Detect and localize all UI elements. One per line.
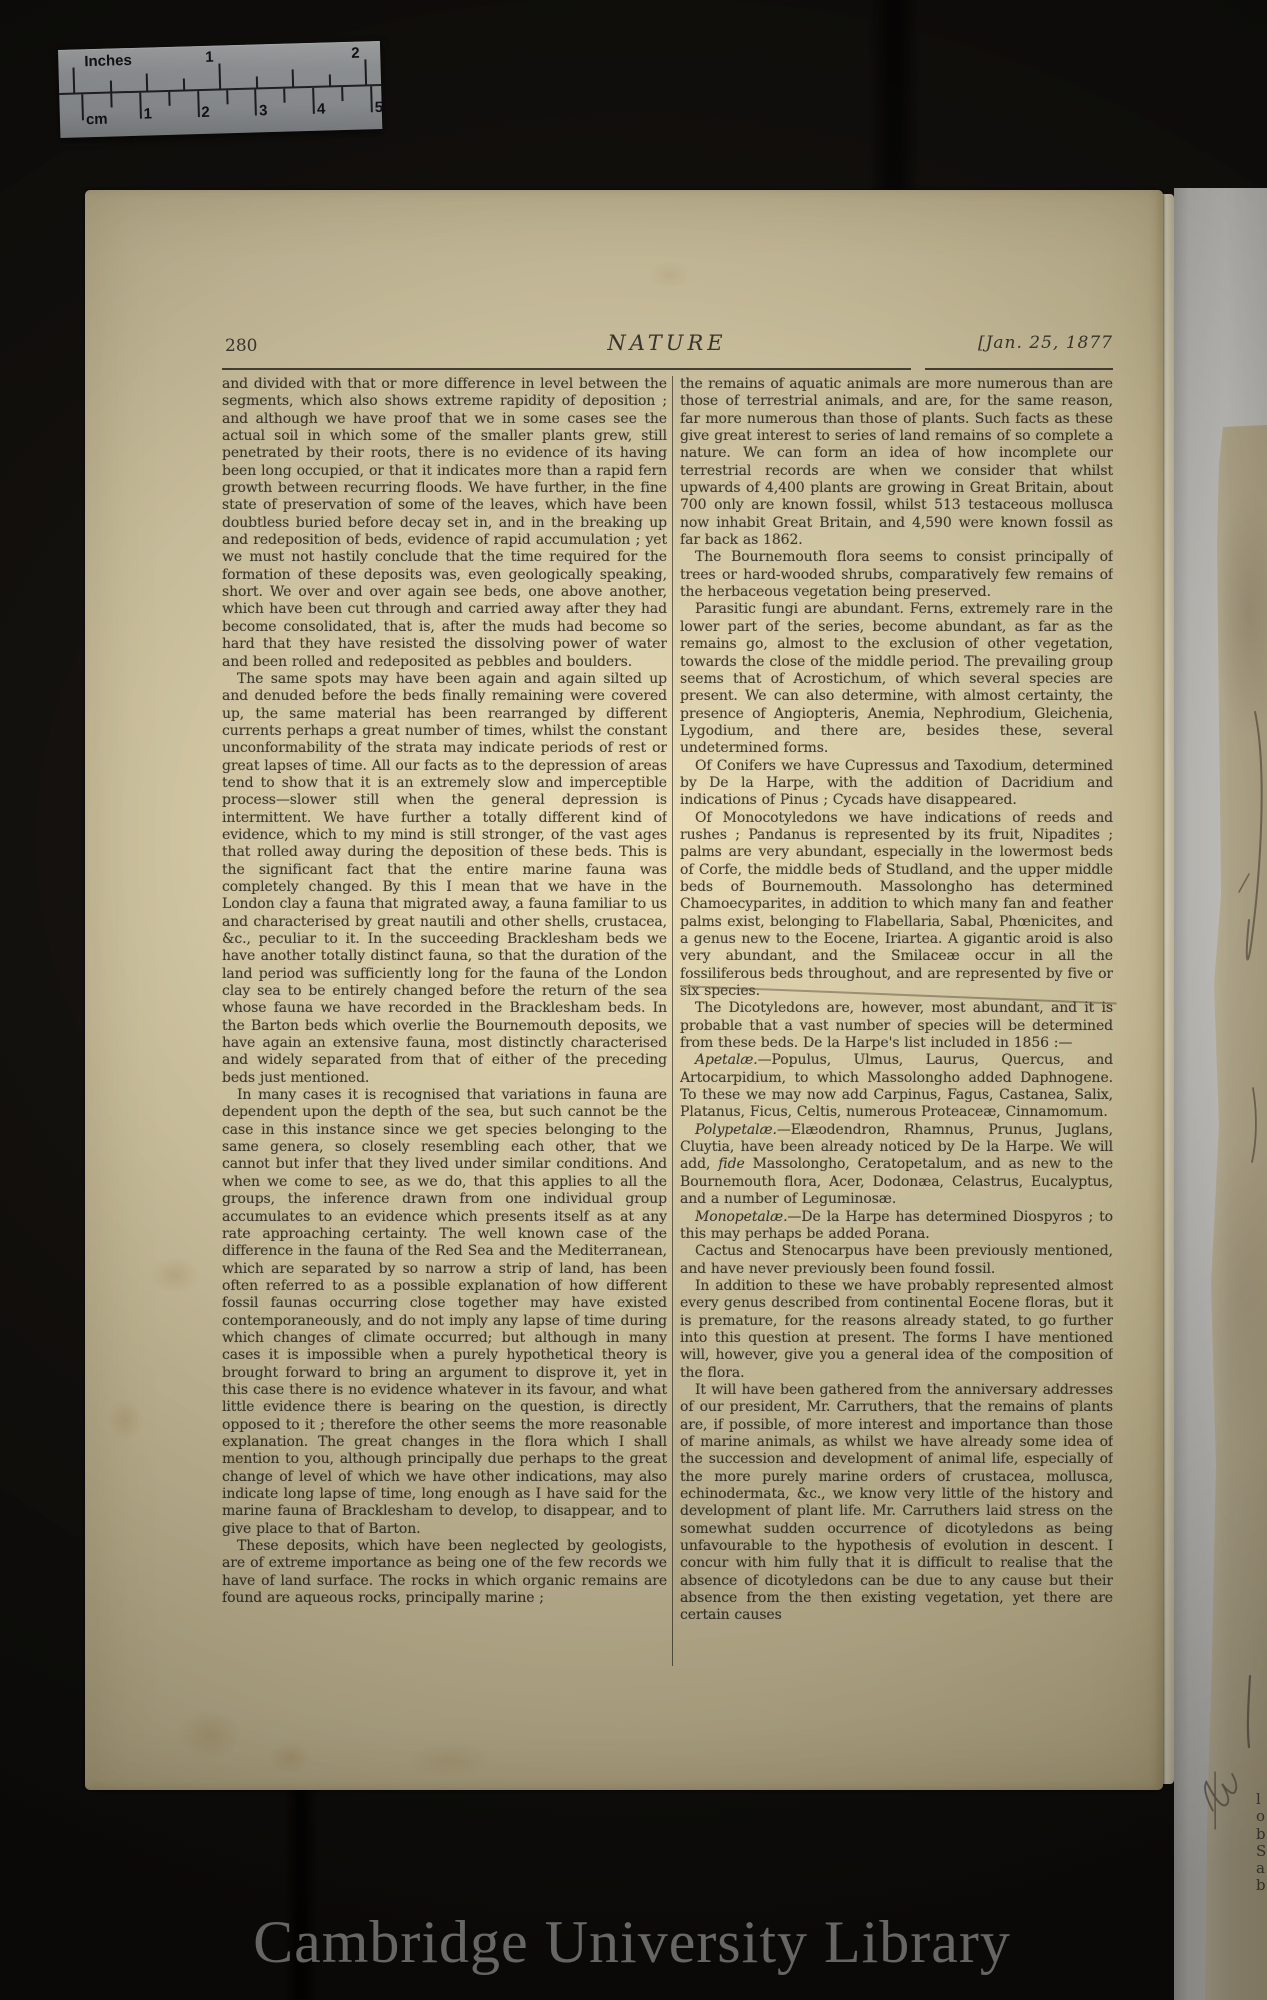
ruler-tick — [364, 59, 367, 85]
text-column-left: and divided with that or more difference… — [222, 376, 667, 1670]
ruler-inch-number: 1 — [205, 49, 214, 66]
ruler-tick — [255, 76, 257, 88]
paragraph: Of Monocotyledons we have indications of… — [680, 810, 1113, 1001]
paragraph: Cactus and Stenocarpus have been previou… — [680, 1243, 1113, 1278]
paragraph: Polypetalæ.—Elæodendron, Rhamnus, Prunus… — [680, 1122, 1113, 1209]
ruler-cm-number: 2 — [201, 104, 210, 121]
ruler-cm-number: 4 — [317, 101, 326, 118]
paragraph: The Bournemouth flora seems to consist p… — [680, 549, 1113, 601]
paragraph: Of Conifers we have Cupressus and Taxodi… — [680, 758, 1113, 810]
library-watermark: Cambridge University Library — [253, 1908, 1011, 1977]
ruler-tick — [168, 92, 170, 106]
foxing-stain — [140, 1250, 210, 1300]
italic-text: Apetalæ. — [695, 1052, 758, 1068]
header-rule — [925, 368, 1113, 370]
body-text: It will have been gathered from the anni… — [680, 1382, 1113, 1623]
ruler-tick — [226, 90, 228, 104]
body-text: Parasitic fungi are abundant. Ferns, ext… — [680, 601, 1113, 756]
ruler-tick — [312, 88, 315, 114]
ruler-tick — [146, 74, 149, 92]
page-edge-text-fragments: l o b S a b — [1256, 1791, 1267, 1901]
ruler-cm-scale: 12345 — [58, 41, 380, 50]
ruler-tick — [182, 78, 184, 90]
ruler-tick — [218, 63, 221, 89]
foxing-stain — [640, 255, 700, 295]
foxing-stain — [390, 1735, 510, 1785]
body-text: Of Conifers we have Cupressus and Taxodi… — [680, 758, 1113, 809]
paragraph: the remains of aquatic animals are more … — [680, 376, 1113, 549]
italic-text: Polypetalæ. — [695, 1122, 777, 1138]
ruler-tick — [197, 91, 200, 117]
body-text: Cactus and Stenocarpus have been previou… — [680, 1243, 1113, 1276]
paragraph: Parasitic fungi are abundant. Ferns, ext… — [680, 601, 1113, 757]
body-text: the remains of aquatic animals are more … — [680, 376, 1113, 548]
paragraph: and divided with that or more difference… — [222, 376, 667, 671]
ruler-cm-number: 5 — [374, 99, 383, 116]
body-text: Massolongho, Ceratopetalum, and as new t… — [680, 1156, 1113, 1207]
issue-date: [Jan. 25, 1877 — [978, 333, 1113, 353]
ruler-cm-number: 1 — [143, 105, 152, 122]
paragraph: Apetalæ.—Populus, Ulmus, Laurus, Quercus… — [680, 1052, 1113, 1121]
ruler-tick — [370, 86, 373, 112]
foxing-stain — [165, 1700, 255, 1770]
body-text: These deposits, which have been neglecte… — [222, 1538, 667, 1606]
paragraph: In addition to these we have probably re… — [680, 1278, 1113, 1382]
body-text: In many cases it is recognised that vari… — [222, 1087, 667, 1537]
italic-text: Monopetalæ. — [695, 1209, 787, 1225]
ruler-tick — [328, 74, 330, 86]
journal-page: 280 NATURE [Jan. 25, 1877 and divided wi… — [85, 190, 1163, 1790]
paragraph: The Dicotyledons are, however, most abun… — [680, 1000, 1113, 1052]
body-text: The same spots may have been again and a… — [222, 671, 667, 1086]
ruler-tick — [109, 81, 111, 93]
body-text: The Bournemouth flora seems to consist p… — [680, 549, 1113, 600]
body-text: and divided with that or more difference… — [222, 376, 667, 670]
ruler: Inches cm 12 12345 — [58, 41, 382, 138]
ruler-tick — [139, 93, 142, 119]
paragraph: In many cases it is recognised that vari… — [222, 1087, 667, 1538]
ruler-inch-number: 2 — [351, 45, 360, 62]
body-text: Of Monocotyledons we have indications of… — [680, 810, 1113, 999]
ruler-tick — [292, 69, 295, 87]
paragraph: These deposits, which have been neglecte… — [222, 1538, 667, 1607]
ruler-inches-scale: 12 — [58, 41, 380, 50]
paragraph: Monopetalæ.—De la Harpe has determined D… — [680, 1209, 1113, 1244]
ruler-cm-number: 3 — [259, 102, 268, 119]
ruler-tick — [283, 89, 285, 103]
column-divider — [672, 376, 673, 1666]
handwritten-annotation — [1195, 400, 1267, 2000]
journal-title: NATURE — [607, 331, 726, 355]
ruler-tick — [341, 87, 343, 101]
ruler-inches-label: Inches — [84, 52, 132, 70]
ruler-cm-label: cm — [86, 111, 108, 129]
foxing-stain — [100, 1390, 150, 1450]
text-column-right: the remains of aquatic animals are more … — [680, 376, 1113, 1670]
page-number: 280 — [225, 336, 257, 356]
body-text: The Dicotyledons are, however, most abun… — [680, 1000, 1113, 1051]
paragraph: It will have been gathered from the anni… — [680, 1382, 1113, 1625]
ruler-tick — [72, 68, 75, 94]
italic-text: fide — [718, 1156, 745, 1172]
paragraph: The same spots may have been again and a… — [222, 671, 667, 1087]
ruler-tick — [81, 94, 84, 120]
foxing-stain — [260, 1735, 320, 1780]
ruler-tick — [110, 94, 112, 108]
cloth-fold — [868, 0, 920, 192]
ruler-tick — [255, 89, 258, 115]
header-rule — [222, 368, 911, 370]
body-text: In addition to these we have probably re… — [680, 1278, 1113, 1381]
